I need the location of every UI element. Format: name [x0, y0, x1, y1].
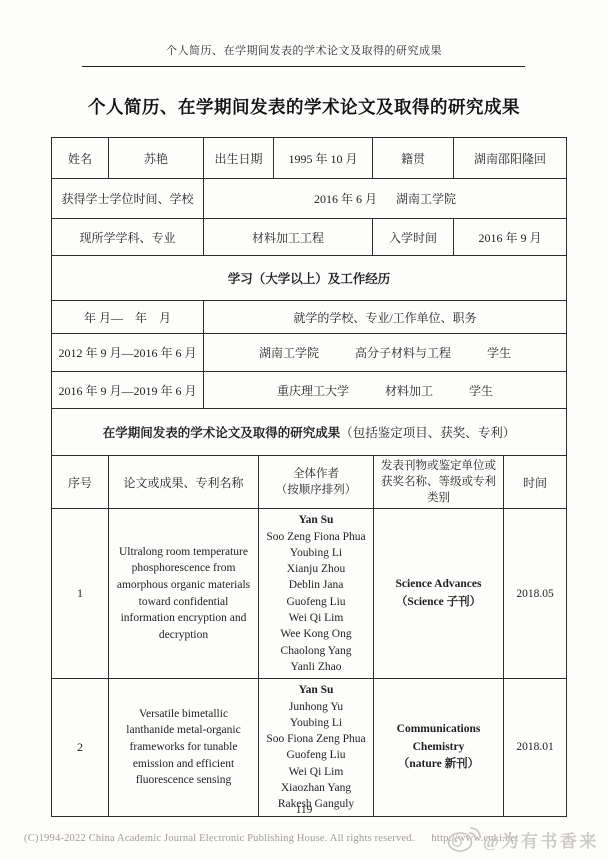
enroll-value: 2016 年 9 月	[454, 219, 567, 256]
col-header-authors: 全体作者 （按顺序排列）	[259, 456, 374, 509]
table-row: 获得学士学位时间、学校 2016 年 6 月 湖南工学院	[52, 179, 567, 219]
header-rule	[82, 66, 525, 67]
table-header-row: 序号 论文或成果、专利名称 全体作者 （按顺序排列） 发表刊物或鉴定单位或获奖名…	[52, 456, 567, 509]
author-name: Guofeng Liu	[261, 747, 371, 763]
paper-title: Ultralong room temperature phosphorescen…	[109, 509, 259, 679]
publications-section-note: （包括鉴定项目、获奖、专利）	[340, 426, 515, 440]
table-row: 2012 年 9 月—2016 年 6 月 湖南工学院 高分子材料与工程 学生	[52, 334, 567, 372]
document-page: 个人简历、在学期间发表的学术论文及取得的研究成果 个人简历、在学期间发表的学术论…	[0, 0, 608, 859]
col-header-time: 时间	[504, 456, 567, 509]
weibo-watermark: @为有书香来	[446, 824, 599, 854]
edu-role: 学生	[469, 382, 493, 399]
name-label: 姓名	[52, 138, 109, 179]
venue-line: （Science 子刊）	[377, 594, 500, 612]
edu-period: 2016 年 9 月—2019 年 6 月	[52, 372, 204, 409]
venue-line: Chemistry	[377, 739, 500, 757]
author-name: Soo Zeng Fiona Phua	[261, 529, 371, 545]
major-label: 现所学学科、专业	[52, 219, 204, 256]
author-name: Guofeng Liu	[261, 594, 371, 610]
venue-line: （nature 新刊）	[377, 756, 500, 774]
author-name: Yan Su	[261, 682, 371, 698]
edu-detail: 湖南工学院 高分子材料与工程 学生	[204, 334, 567, 372]
author-name: Chaolong Yang	[261, 643, 371, 659]
cv-tables: 姓名 苏艳 出生日期 1995 年 10 月 籍贯 湖南邵阳隆回 获得学士学位时…	[51, 137, 567, 817]
degree-school: 湖南工学院	[396, 192, 456, 206]
origin-label: 籍贯	[373, 138, 454, 179]
watermark-text: @为有书香来	[483, 827, 599, 852]
venue-line: Science Advances	[377, 576, 500, 594]
name-value: 苏艳	[109, 138, 204, 179]
author-name: Yanli Zhao	[261, 659, 371, 675]
col-header-authors-label: 全体作者	[262, 466, 370, 482]
copyright-text: (C)1994-2022 China Academic Journal Elec…	[24, 833, 415, 844]
birth-label: 出生日期	[204, 138, 274, 179]
author-name: Junhong Yu	[261, 699, 371, 715]
author-name: Xianju Zhou	[261, 561, 371, 577]
paper-venue: Science Advances （Science 子刊）	[374, 509, 504, 679]
col-header-title: 论文或成果、专利名称	[109, 456, 259, 509]
edu-detail: 重庆理工大学 材料加工 学生	[204, 372, 567, 409]
page-number: 119	[0, 804, 608, 816]
paper-row: 1 Ultralong room temperature phosphoresc…	[52, 509, 567, 679]
table-row: 年 月— 年 月 就学的学校、专业/工作单位、职务	[52, 301, 567, 334]
edu-role: 学生	[487, 344, 511, 361]
venue-line: Communications	[377, 721, 500, 739]
publications-table: 在学期间发表的学术论文及取得的研究成果（包括鉴定项目、获奖、专利） 序号 论文或…	[51, 408, 567, 817]
paper-time: 2018.01	[504, 679, 567, 816]
table-row: 2016 年 9 月—2019 年 6 月 重庆理工大学 材料加工 学生	[52, 372, 567, 409]
edu-major: 材料加工	[385, 382, 433, 399]
paper-row: 2 Versatile bimetallic lanthanide metal-…	[52, 679, 567, 816]
author-name: Wei Qi Lim	[261, 610, 371, 626]
paper-title: Versatile bimetallic lanthanide metal-or…	[109, 679, 259, 816]
paper-no: 1	[52, 509, 109, 679]
birth-value: 1995 年 10 月	[274, 138, 373, 179]
paper-time: 2018.05	[504, 509, 567, 679]
author-name: Wee Kong Ong	[261, 626, 371, 642]
col-header-authors-note: （按顺序排列）	[262, 482, 370, 498]
author-name: Deblin Jana	[261, 577, 371, 593]
origin-value: 湖南邵阳隆回	[454, 138, 567, 179]
degree-label: 获得学士学位时间、学校	[52, 179, 204, 219]
author-name: Xiaozhan Yang	[261, 780, 371, 796]
running-header: 个人简历、在学期间发表的学术论文及取得的研究成果	[0, 42, 608, 58]
edu-period: 2012 年 9 月—2016 年 6 月	[52, 334, 204, 372]
publications-section-title: 在学期间发表的学术论文及取得的研究成果（包括鉴定项目、获奖、专利）	[52, 409, 567, 456]
paper-no: 2	[52, 679, 109, 816]
table-row: 学习（大学以上）及工作经历	[52, 256, 567, 301]
page-title: 个人简历、在学期间发表的学术论文及取得的研究成果	[0, 94, 608, 119]
col-header-venue: 发表刊物或鉴定单位或获奖名称、等级或专利类别	[374, 456, 504, 509]
edu-school: 重庆理工大学	[277, 382, 349, 399]
weibo-icon	[446, 824, 482, 854]
major-value: 材料加工工程	[204, 219, 373, 256]
author-name: Youbing Li	[261, 545, 371, 561]
copyright-footer: (C)1994-2022 China Academic Journal Elec…	[24, 833, 519, 844]
table-row: 在学期间发表的学术论文及取得的研究成果（包括鉴定项目、获奖、专利）	[52, 409, 567, 456]
author-name: Soo Fiona Zeng Phua	[261, 731, 371, 747]
period-column-header: 年 月— 年 月	[52, 301, 204, 334]
paper-venue: Communications Chemistry （nature 新刊）	[374, 679, 504, 816]
paper-authors: Yan Su Junhong Yu Youbing Li Soo Fiona Z…	[259, 679, 374, 816]
education-history-table: 学习（大学以上）及工作经历 年 月— 年 月 就学的学校、专业/工作单位、职务 …	[51, 255, 567, 409]
edu-school: 湖南工学院	[259, 344, 319, 361]
author-name: Wei Qi Lim	[261, 764, 371, 780]
author-name: Yan Su	[261, 512, 371, 528]
personal-info-table: 姓名 苏艳 出生日期 1995 年 10 月 籍贯 湖南邵阳隆回 获得学士学位时…	[51, 137, 567, 256]
table-row: 现所学学科、专业 材料加工工程 入学时间 2016 年 9 月	[52, 219, 567, 256]
edu-major: 高分子材料与工程	[355, 344, 451, 361]
enroll-label: 入学时间	[373, 219, 454, 256]
education-section-title: 学习（大学以上）及工作经历	[52, 256, 567, 301]
detail-column-header: 就学的学校、专业/工作单位、职务	[204, 301, 567, 334]
degree-time: 2016 年 6 月	[314, 192, 377, 206]
col-header-no: 序号	[52, 456, 109, 509]
paper-authors: Yan Su Soo Zeng Fiona Phua Youbing Li Xi…	[259, 509, 374, 679]
degree-value: 2016 年 6 月 湖南工学院	[204, 179, 567, 219]
publications-section-title-bold: 在学期间发表的学术论文及取得的研究成果	[103, 426, 341, 440]
author-name: Youbing Li	[261, 715, 371, 731]
table-row: 姓名 苏艳 出生日期 1995 年 10 月 籍贯 湖南邵阳隆回	[52, 138, 567, 179]
